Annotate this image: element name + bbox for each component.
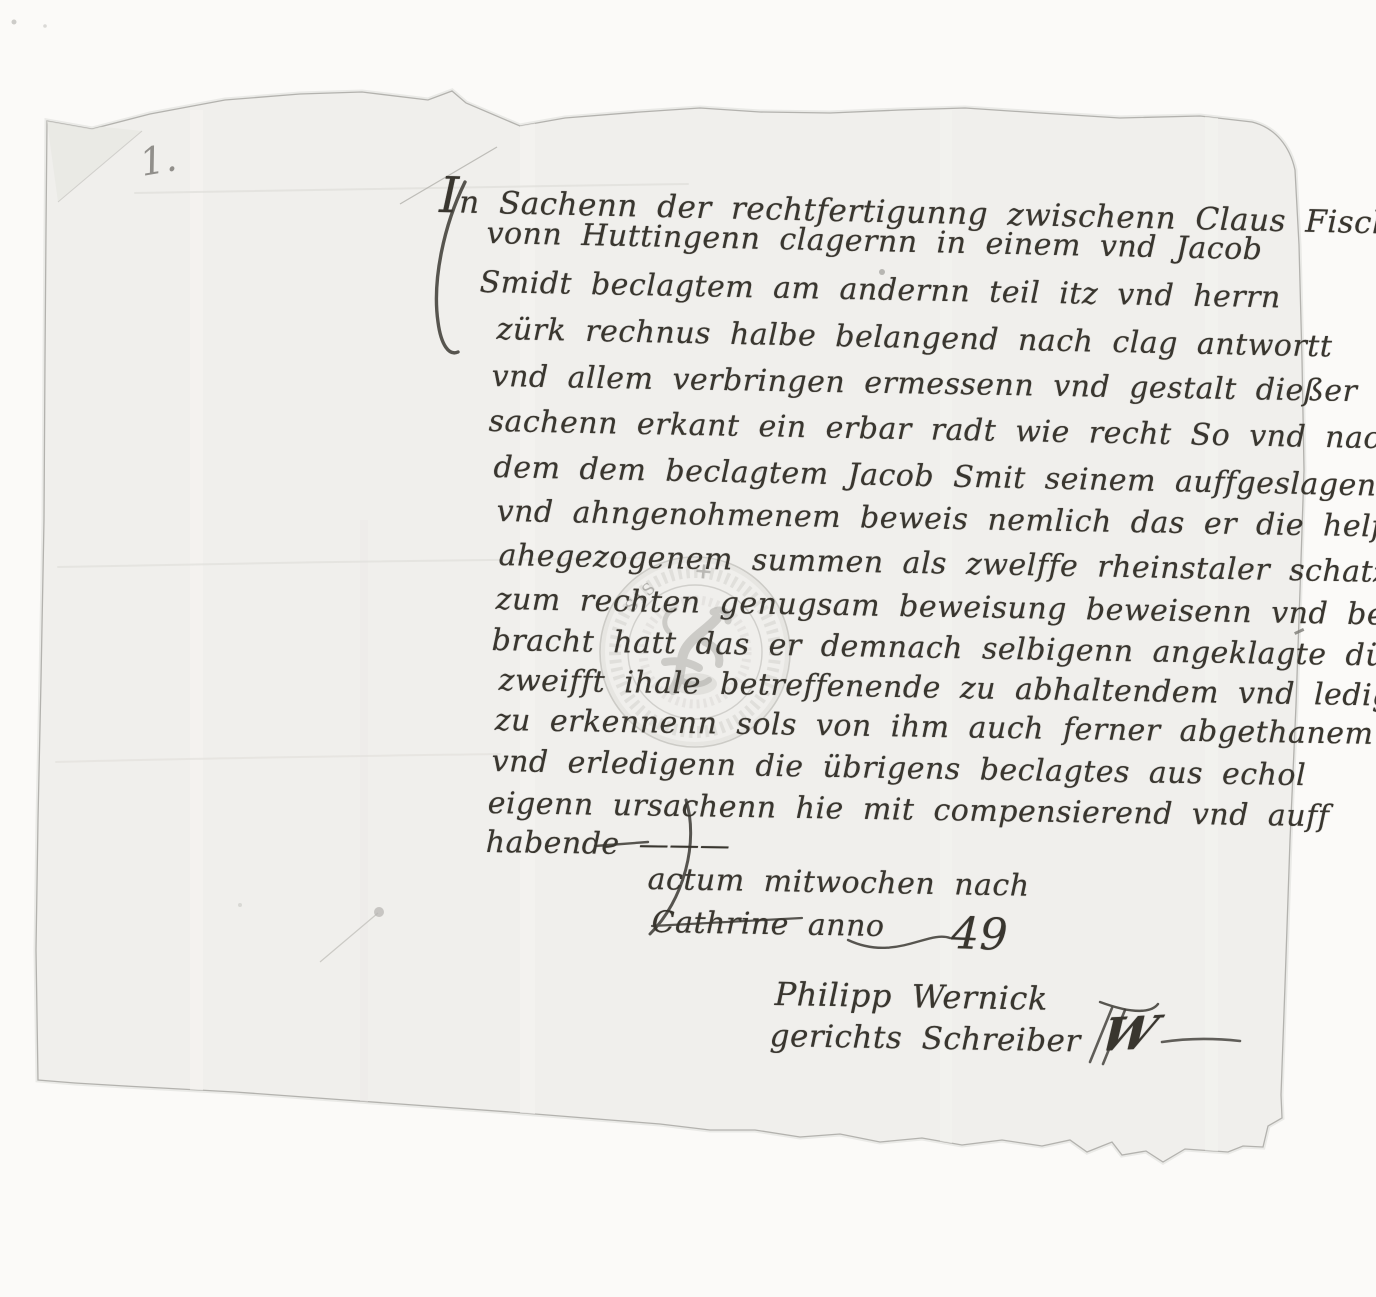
manuscript-line-3: Smidt beclagtem am andernn teil itz vnd … xyxy=(479,265,1281,315)
manuscript-text: In Sachenn der rechtfertigunng zwischenn… xyxy=(0,0,1376,1297)
manuscript-line-5: vnd allem verbringen ermessenn vnd gesta… xyxy=(491,359,1357,409)
manuscript-line-6: sachenn erkant ein erbar radt wie recht … xyxy=(488,404,1376,457)
manuscript-line-16: habende ——— xyxy=(486,825,731,863)
notary-paraph: W xyxy=(1093,1005,1165,1062)
manuscript-line-14: vnd erledigenn die übrigens beclagtes au… xyxy=(491,744,1306,793)
manuscript-line-4: zürk rechnus halbe belangend nach clag a… xyxy=(496,312,1332,364)
signature-name: Philipp Wernick xyxy=(774,975,1048,1018)
signature-title: gerichts Schreiber xyxy=(769,1018,1081,1059)
dateline-year: 49 xyxy=(950,908,1009,961)
dateline-line-2: Cathrine anno xyxy=(651,905,884,944)
manuscript-line-8: vnd ahngenohmenem beweis nemlich das er … xyxy=(496,494,1376,545)
dateline-line-1: actum mitwochen nach xyxy=(647,862,1030,904)
scan-background: SIS xyxy=(0,0,1376,1297)
manuscript-line-9: ahegezogenem summen als zwelffe rheinsta… xyxy=(498,538,1376,590)
